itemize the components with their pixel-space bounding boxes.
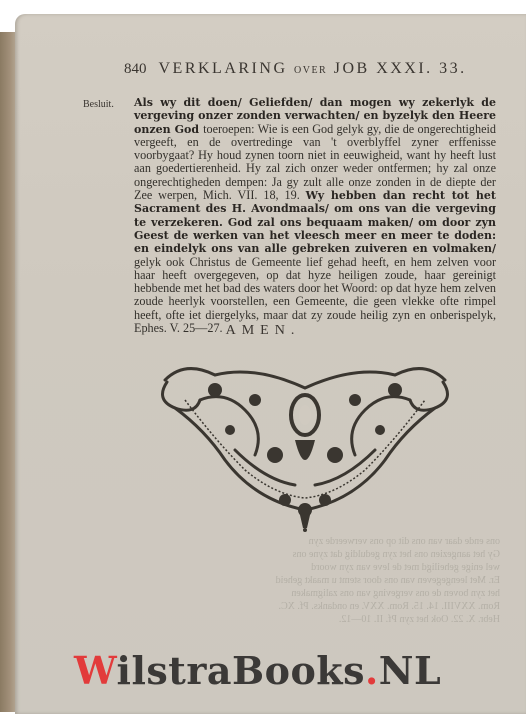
closing-amen: AMEN. [0, 323, 526, 339]
showthrough-line: Er. Met leengegeven van ons door stemt u… [130, 574, 500, 587]
page-header: 840 VERKLARING OVER JOB XXXI. 33. [124, 60, 464, 78]
tailpiece-ornament-icon [155, 360, 455, 532]
watermark-name: ilstraBooks [117, 648, 366, 693]
showthrough-line: wel enige geheiligd met de leve van zyn … [130, 561, 500, 574]
watermark-dot: . [365, 648, 379, 693]
running-head: VERKLARING OVER JOB XXXI. 33. [159, 60, 467, 78]
watermark-suffix: NL [379, 648, 441, 693]
running-head-title: VERKLARING [159, 60, 288, 77]
running-head-small: OVER [294, 65, 327, 76]
margin-note: Besluit. [83, 99, 114, 110]
showthrough-line: Gy het aangezien ons het zyn geduldig da… [130, 548, 500, 561]
showthrough-line: Rom. XXVIII. 14. 15. Rom. XXV. en ondank… [130, 600, 500, 613]
showthrough-text: ons ende daar van ons dit op ons verweer… [130, 535, 500, 626]
showthrough-line: Hebr. X. 22. Ook het zyn Pf. II. 10—12. [130, 613, 500, 626]
showthrough-line: het zyn boven de ons vergeving van ons z… [130, 587, 500, 600]
body-paragraph: Als wy dit doen/ Geliefden/ dan mogen wy… [134, 96, 496, 335]
page-number: 840 [124, 61, 147, 78]
watermark-logo: WilstraBooks.NL [74, 648, 441, 693]
running-head-reference: JOB XXXI. 33. [334, 60, 467, 77]
showthrough-line: ons ende daar van ons dit op ons verweer… [130, 535, 500, 548]
watermark-initial: W [74, 648, 117, 693]
